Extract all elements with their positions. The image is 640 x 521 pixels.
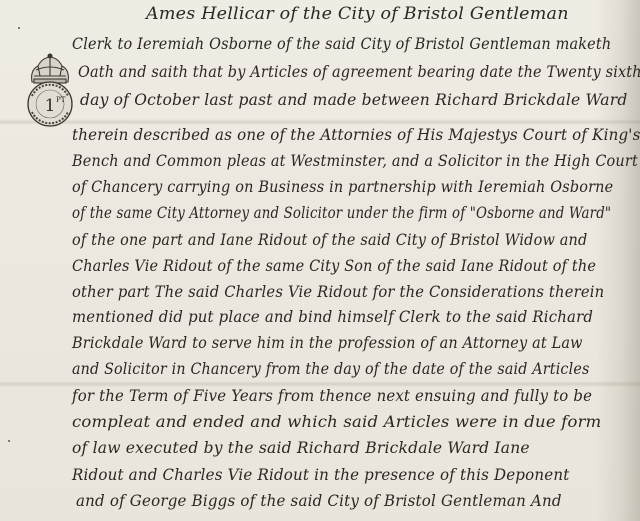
text-line-19: and of George Biggs of the said City of … [76, 492, 562, 510]
text-line-12: mentioned did put place and bind himself… [72, 308, 593, 326]
text-line-7: of Chancery carrying on Business in part… [72, 178, 613, 196]
text-line-17: of law executed by the said Richard Bric… [72, 439, 530, 457]
text-line-18: Ridout and Charles Vie Ridout in the pre… [72, 466, 569, 484]
text-line-13: Brickdale Ward to serve him in the profe… [72, 334, 583, 352]
text-line-10: Charles Vie Ridout of the same City Son … [72, 257, 596, 275]
document-page: 1 PT Ames Hellicar of the City of Bristo… [0, 0, 640, 521]
text-line-4: day of October last past and made betwee… [80, 91, 627, 109]
text-line-8: of the same City Attorney and Solicitor … [72, 204, 611, 222]
text-line-14: and Solicitor in Chancery from the day o… [72, 360, 589, 378]
text-line-9: of the one part and Iane Ridout of the s… [72, 231, 587, 249]
text-line-15: for the Term of Five Years from thence n… [72, 387, 592, 405]
text-line-16: compleat and ended and which said Articl… [72, 413, 601, 431]
text-line-3: Oath and saith that by Articles of agree… [78, 63, 640, 81]
text-line-6: Bench and Common pleas at Westminster, a… [72, 152, 638, 170]
text-line-2: Clerk to Ieremiah Osborne of the said Ci… [72, 35, 611, 53]
text-line-11: other part The said Charles Vie Ridout f… [72, 283, 604, 301]
text-line-5: therein described as one of the Attornie… [72, 126, 640, 144]
text-line-1: Ames Hellicar of the City of Bristol Gen… [146, 4, 569, 24]
handwritten-text-block: Ames Hellicar of the City of Bristol Gen… [0, 0, 640, 521]
